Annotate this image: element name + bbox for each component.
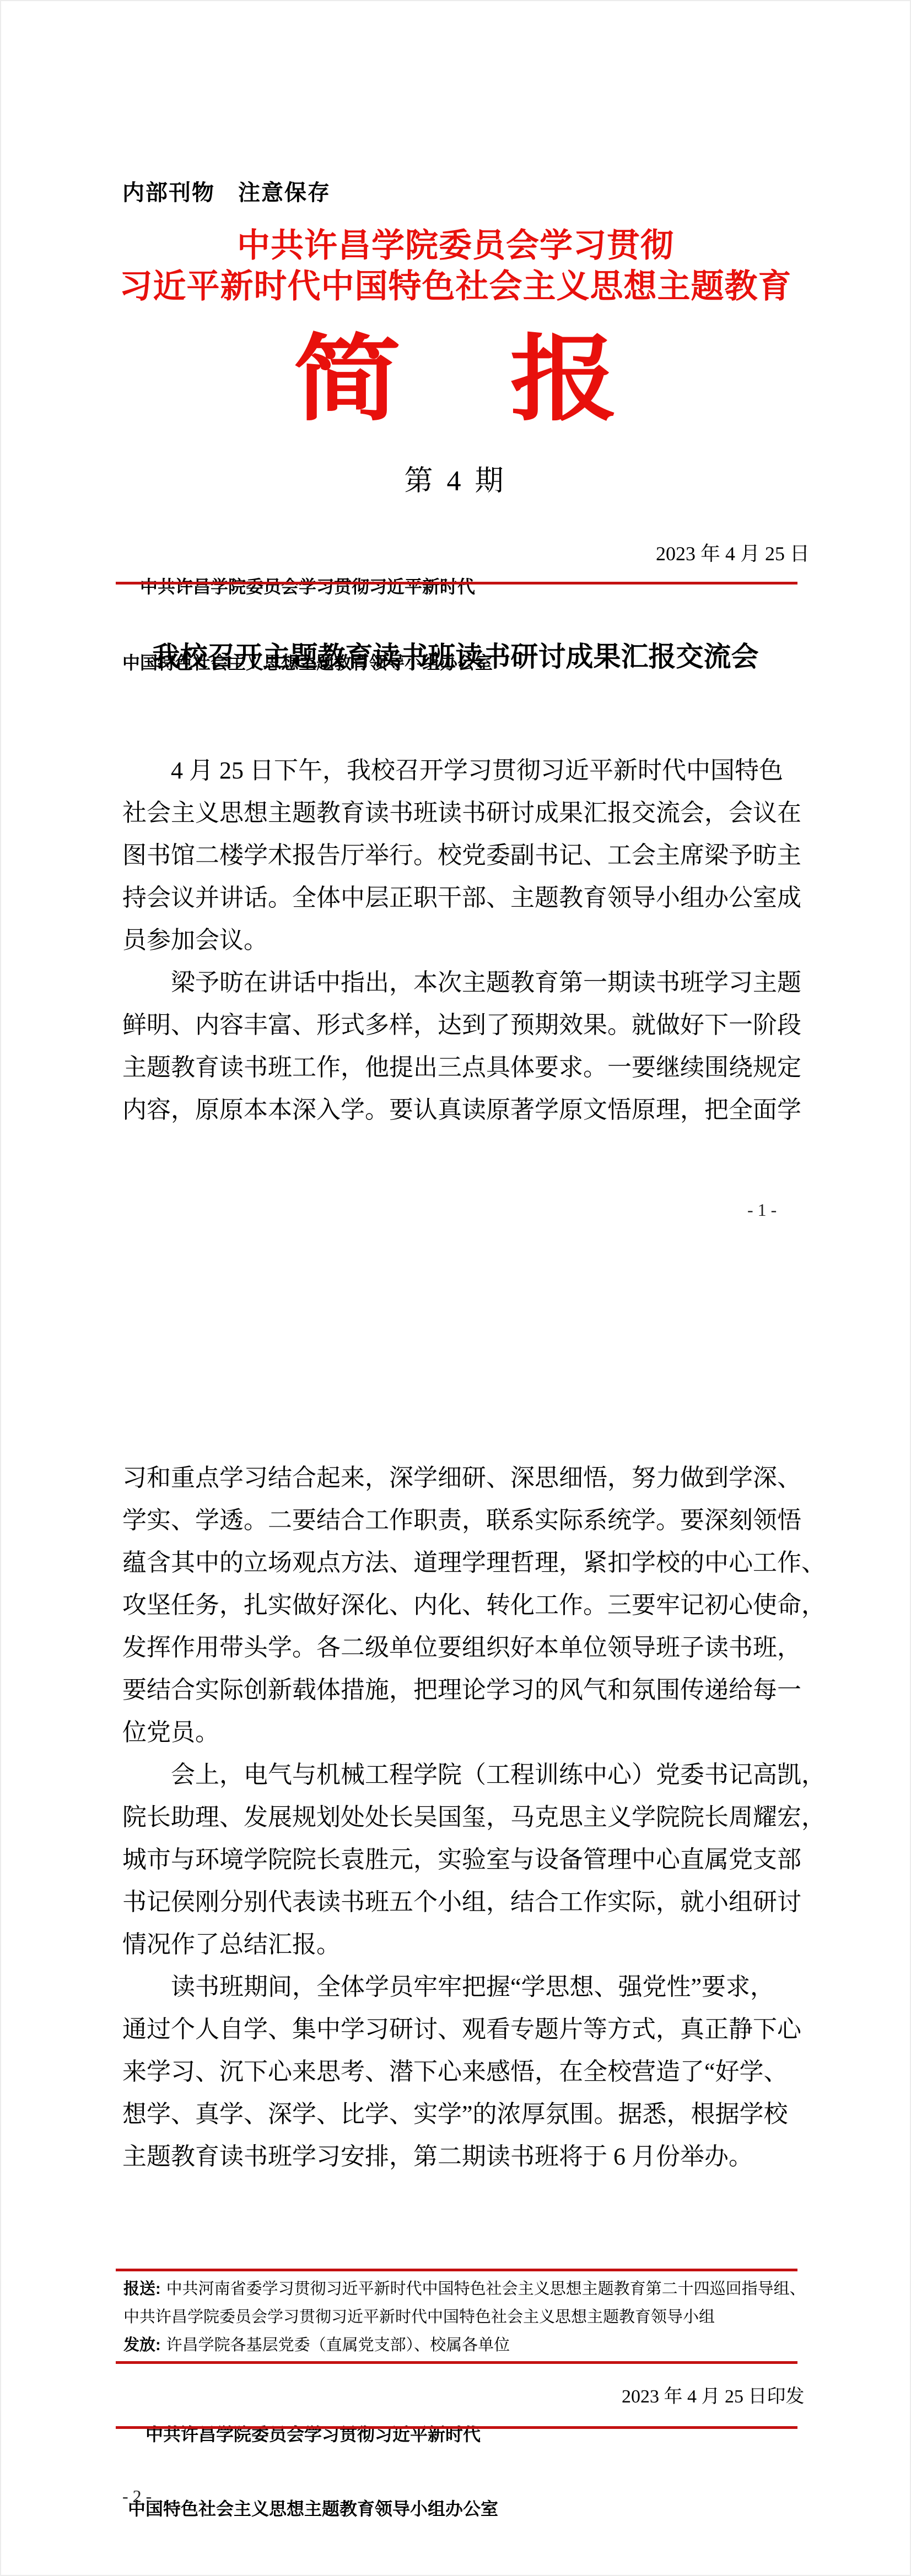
body-line: 内容，原原本本深入学。要认真读原著学原文悟原理，把全面学 [122,1089,804,1131]
footer-bottom-rule [116,2426,797,2429]
footer-issuer-block: 中共许昌学院委员会学习贯彻习近平新时代 中国特色社会主义思想主题教育领导小组办公… [128,2373,498,2571]
article-body-page2: 习和重点学习结合起来，深学细研、深思细悟，努力做到学深、学实、学透。二要结合工作… [122,1457,804,2178]
body-line: 习和重点学习结合起来，深学细研、深思细悟，努力做到学深、 [122,1457,804,1499]
distribution-label: 发放: [123,2336,166,2354]
body-line: 鲜明、内容丰富、形式多样，达到了预期效果。就做好下一阶段 [122,1004,804,1046]
body-line: 通过个人自学、集中学习研讨、观看专题片等方式，真正静下心 [122,2008,804,2050]
distribution-row: 报送:中共河南省委学习贯彻习近平新时代中国特色社会主义思想主题教育第二十四巡回指… [123,2275,805,2303]
footer-issuer-line2: 中国特色社会主义思想主题教育领导小组办公室 [128,2497,498,2521]
distribution-notes: 报送:中共河南省委学习贯彻习近平新时代中国特色社会主义思想主题教育第二十四巡回指… [123,2275,805,2359]
body-line: 梁予昉在讲话中指出，本次主题教育第一期读书班学习主题 [122,961,804,1004]
masthead-char-bao: 报 [510,331,618,430]
distribution-text: 许昌学院各基层党委（直属党支部）、校属各单位 [166,2336,510,2354]
distribution-text: 中共许昌学院委员会学习贯彻习近平新时代中国特色社会主义思想主题教育领导小组 [123,2308,715,2326]
print-date: 2023 年 4 月 25 日印发 [622,2386,805,2408]
issue-date: 2023 年 4 月 25 日 [656,542,810,566]
issuer-line1: 中共许昌学院委员会学习贯彻习近平新时代 [122,574,493,599]
bulletin-document: 内部刊物 注意保存 中共许昌学院委员会学习贯彻 习近平新时代中国特色社会主义思想… [0,0,911,2576]
body-line: 主题教育读书班学习安排，第二期读书班将于 6 月份举办。 [122,2135,804,2178]
body-line: 图书馆二楼学术报告厅举行。校党委副书记、工会主席梁予昉主 [122,834,804,876]
article-headline: 我校召开主题教育读书班读书研讨成果汇报交流会 [0,639,911,674]
issue-number: 第 4 期 [0,457,911,499]
page-number-2: - 2 - [122,2487,152,2505]
body-line: 会上，电气与机械工程学院（工程训练中心）党委书记高凯， [122,1754,804,1796]
body-line: 想学、真学、深学、比学、实学”的浓厚氛围。据悉，根据学校 [122,2093,804,2135]
body-line: 攻坚任务，扎实做好深化、内化、转化工作。三要牢记初心使命， [122,1584,804,1626]
header-divider-rule [116,582,797,585]
body-line: 员参加会议。 [122,919,804,961]
issuer-block: 中共许昌学院委员会学习贯彻习近平新时代 中国特色社会主义思想主题教育领导小组办公… [122,523,493,726]
distribution-row: 中共许昌学院委员会学习贯彻习近平新时代中国特色社会主义思想主题教育领导小组 [123,2303,805,2331]
body-line: 来学习、沉下心来思考、潜下心来感悟，在全校营造了“好学、 [122,2050,804,2093]
body-line: 蕴含其中的立场观点方法、道理学理哲理，紧扣学校的中心工作、 [122,1541,804,1584]
footer-middle-rule [116,2361,797,2364]
body-line: 主题教育读书班工作，他提出三点具体要求。一要继续围绕规定 [122,1046,804,1089]
masthead-title: 简 报 [0,331,911,430]
distribution-text: 中共河南省委学习贯彻习近平新时代中国特色社会主义思想主题教育第二十四巡回指导组、 [166,2280,806,2298]
body-line: 学实、学透。二要结合工作职责，联系实际系统学。要深刻领悟 [122,1499,804,1541]
classification-label: 内部刊物 注意保存 [122,175,331,207]
footer-top-rule [116,2269,797,2271]
distribution-row: 发放:许昌学院各基层党委（直属党支部）、校属各单位 [123,2331,805,2359]
body-line: 院长助理、发展规划处处长吴国玺，马克思主义学院院长周耀宏， [122,1796,804,1838]
body-line: 发挥作用带头学。各二级单位要组织好本单位领导班子读书班， [122,1626,804,1669]
body-line: 城市与环境学院院长袁胜元，实验室与设备管理中心直属党支部 [122,1838,804,1881]
distribution-label: 报送: [123,2280,166,2298]
article-body-page1: 4 月 25 日下午，我校召开学习贯彻习近平新时代中国特色社会主义思想主题教育读… [122,749,804,1131]
body-line: 持会议并讲话。全体中层正职干部、主题教育领导小组办公室成 [122,876,804,919]
masthead-char-jian: 简 [294,331,402,430]
masthead-org-line2: 习近平新时代中国特色社会主义思想主题教育 [0,260,911,307]
body-line: 要结合实际创新载体措施，把理论学习的风气和氛围传递给每一 [122,1669,804,1711]
body-line: 读书班期间，全体学员牢牢把握“学思想、强党性”要求， [122,1966,804,2008]
page-number-1: - 1 - [747,1201,777,1219]
body-line: 社会主义思想主题教育读书班读书研讨成果汇报交流会，会议在 [122,792,804,834]
body-line: 情况作了总结汇报。 [122,1923,804,1966]
body-line: 4 月 25 日下午，我校召开学习贯彻习近平新时代中国特色 [122,749,804,792]
body-line: 位党员。 [122,1711,804,1754]
body-line: 书记侯刚分别代表读书班五个小组，结合工作实际，就小组研讨 [122,1881,804,1923]
